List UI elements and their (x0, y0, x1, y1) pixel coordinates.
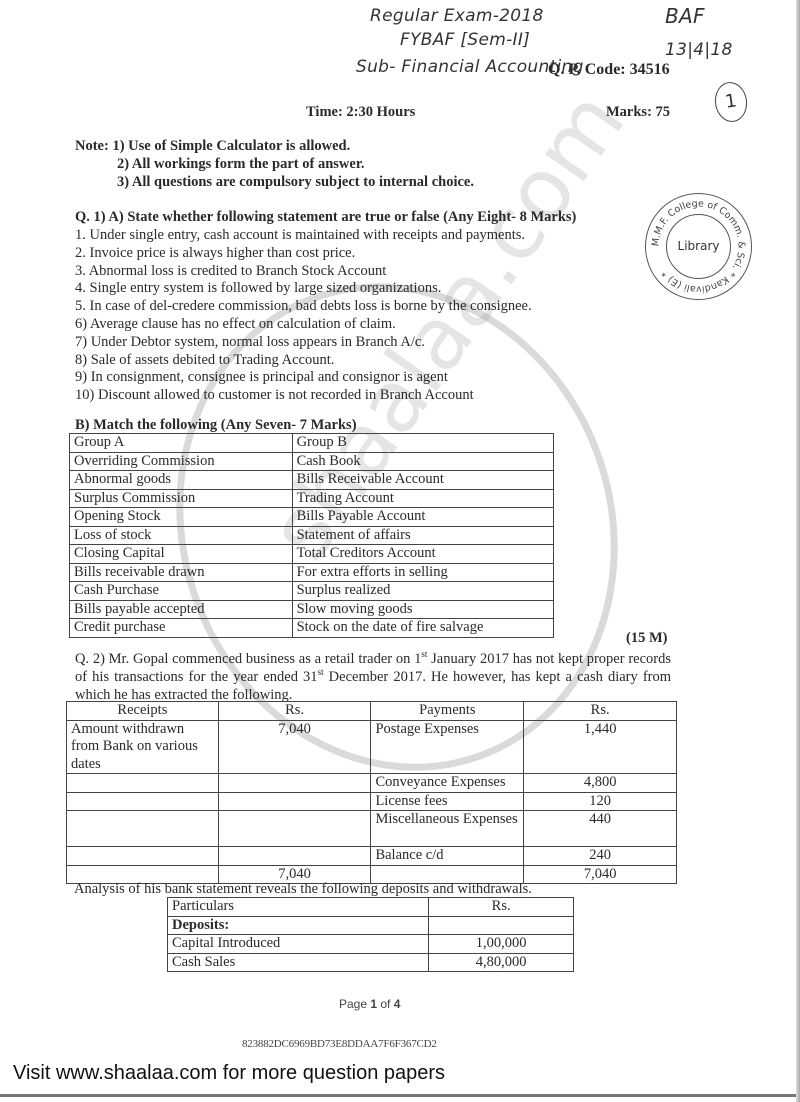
handwritten-course: FYBAF [Sem-II] (400, 30, 530, 50)
table-cell: Balance c/d (371, 847, 524, 866)
table-row: Cash Sales4,80,000 (168, 953, 574, 972)
table-row: Conveyance Expenses4,800 (67, 774, 677, 793)
table-row: Miscellaneous Expenses440 (67, 811, 677, 847)
statement-item: 8) Sale of assets debited to Trading Acc… (75, 352, 334, 370)
statement-item: 9) In consignment, consignee is principa… (75, 369, 448, 387)
table-cell: 7,040 (524, 865, 677, 884)
table-cell: Slow moving goods (292, 600, 553, 619)
table-cell: Miscellaneous Expenses (371, 811, 524, 847)
table-row: Opening StockBills Payable Account (70, 508, 554, 527)
table-cell (67, 792, 219, 811)
exam-marks: Marks: 75 (606, 104, 670, 122)
table-row: Bills receivable drawnFor extra efforts … (70, 563, 554, 582)
bottom-rule (0, 1094, 800, 1097)
table-cell: Group B (292, 434, 553, 453)
table-header-row: ReceiptsRs.PaymentsRs. (67, 702, 677, 721)
table-cell: Opening Stock (70, 508, 293, 527)
statement-item: 7) Under Debtor system, normal loss appe… (75, 334, 425, 352)
statement-item: 6) Average clause has no effect on calcu… (75, 316, 396, 334)
exam-time: Time: 2:30 Hours (306, 104, 415, 122)
table-cell: Deposits: (168, 916, 429, 935)
table-cell: Overriding Commission (70, 452, 293, 471)
table-cell: 440 (524, 811, 677, 847)
table-cell (218, 774, 371, 793)
table-cell (67, 847, 219, 866)
table-cell: For extra efforts in selling (292, 563, 553, 582)
table-cell: Payments (371, 702, 524, 721)
table-row: Cash PurchaseSurplus realized (70, 582, 554, 601)
q2-marks: (15 M) (626, 630, 667, 648)
table-cell (67, 774, 219, 793)
table-cell: License fees (371, 792, 524, 811)
table-cell (67, 811, 219, 847)
qp-code: Q. P. Code: 34516 (548, 61, 670, 79)
table-cell: Receipts (67, 702, 219, 721)
table-cell: 1,00,000 (429, 935, 574, 954)
stamp-center: Library (666, 214, 731, 279)
table-cell: Cash Sales (168, 953, 429, 972)
page-number: Page 1 of 4 (339, 997, 400, 1011)
table-row: Capital Introduced1,00,000 (168, 935, 574, 954)
statement-item: 5. In case of del-credere commission, ba… (75, 298, 532, 316)
table-cell: 7,040 (218, 720, 371, 774)
note-item-3: 3) All questions are compulsory subject … (117, 174, 474, 192)
table-cell: Bills receivable drawn (70, 563, 293, 582)
statement-item: 10) Discount allowed to customer is not … (75, 387, 474, 405)
table-cell: Bills payable accepted (70, 600, 293, 619)
document-hash: 823882DC6969BD73E8DDAA7F6F367CD2 (242, 1038, 437, 1050)
table-cell (218, 792, 371, 811)
table-row: Balance c/d240 (67, 847, 677, 866)
table-section-row: Deposits: (168, 916, 574, 935)
table-row: Overriding CommissionCash Book (70, 452, 554, 471)
table-cell: Trading Account (292, 489, 553, 508)
table-cell: Credit purchase (70, 619, 293, 638)
table-cell: Cash Book (292, 452, 553, 471)
table-cell: Rs. (429, 898, 574, 917)
statement-item: 3. Abnormal loss is credited to Branch S… (75, 263, 386, 281)
table-row: Bills payable acceptedSlow moving goods (70, 600, 554, 619)
table-cell: Capital Introduced (168, 935, 429, 954)
bank-table: ParticularsRs.Deposits:Capital Introduce… (167, 897, 574, 972)
table-cell (218, 811, 371, 847)
table-cell: Conveyance Expenses (371, 774, 524, 793)
library-stamp: M.M.F. College of Comm. & Sci. * Kandiva… (645, 193, 752, 300)
table-cell: Group A (70, 434, 293, 453)
table-cell: Surplus realized (292, 582, 553, 601)
table-cell: 4,80,000 (429, 953, 574, 972)
table-cell: Loss of stock (70, 526, 293, 545)
table-cell: 240 (524, 847, 677, 866)
table-cell: Abnormal goods (70, 471, 293, 490)
table-cell: Statement of affairs (292, 526, 553, 545)
page-edge (796, 0, 800, 1102)
table-cell: Cash Purchase (70, 582, 293, 601)
q1a-title: Q. 1) A) State whether following stateme… (75, 209, 576, 227)
table-cell: Closing Capital (70, 545, 293, 564)
q2-intro: Q. 2) Mr. Gopal commenced business as a … (75, 650, 671, 704)
handwritten-exam: Regular Exam-2018 (370, 6, 544, 26)
note-item-2: 2) All workings form the part of answer. (117, 156, 365, 174)
handwritten-code-tag: BAF (665, 4, 705, 28)
table-row: License fees120 (67, 792, 677, 811)
table-row: Closing CapitalTotal Creditors Account (70, 545, 554, 564)
table-row: Loss of stockStatement of affairs (70, 526, 554, 545)
cash-diary-table: ReceiptsRs.PaymentsRs.Amount withdrawn f… (66, 701, 677, 884)
note-label: Note: 1) Use of Simple Calculator is all… (75, 138, 350, 156)
statement-item: 2. Invoice price is always higher than c… (75, 245, 355, 263)
table-cell: Stock on the date of fire salvage (292, 619, 553, 638)
table-cell: Particulars (168, 898, 429, 917)
table-header-row: Group AGroup B (70, 434, 554, 453)
table-cell: Amount withdrawn from Bank on various da… (67, 720, 219, 774)
visit-shaalaa-link[interactable]: Visit www.shaalaa.com for more question … (13, 1062, 445, 1085)
note-prefix: Note: (75, 138, 109, 154)
statement-item: 1. Under single entry, cash account is m… (75, 227, 525, 245)
table-cell: 120 (524, 792, 677, 811)
table-cell: Total Creditors Account (292, 545, 553, 564)
statement-item: 4. Single entry system is followed by la… (75, 280, 441, 298)
note-item-1: 1) Use of Simple Calculator is allowed. (112, 138, 350, 154)
handwritten-date: 13|4|18 (665, 40, 733, 60)
match-table: Group AGroup BOverriding CommissionCash … (69, 433, 554, 638)
table-row: Credit purchaseStock on the date of fire… (70, 619, 554, 638)
table-cell (429, 916, 574, 935)
table-cell: 4,800 (524, 774, 677, 793)
table-cell: Surplus Commission (70, 489, 293, 508)
table-cell (218, 847, 371, 866)
table-cell: Postage Expenses (371, 720, 524, 774)
table-row: Amount withdrawn from Bank on various da… (67, 720, 677, 774)
table-row: Surplus CommissionTrading Account (70, 489, 554, 508)
table-row: Abnormal goodsBills Receivable Account (70, 471, 554, 490)
page-circle-number: 1 (712, 80, 749, 124)
table-cell: 1,440 (524, 720, 677, 774)
table-cell: Rs. (218, 702, 371, 721)
table-cell: Rs. (524, 702, 677, 721)
table-cell: Bills Receivable Account (292, 471, 553, 490)
table-header-row: ParticularsRs. (168, 898, 574, 917)
table-cell: Bills Payable Account (292, 508, 553, 527)
